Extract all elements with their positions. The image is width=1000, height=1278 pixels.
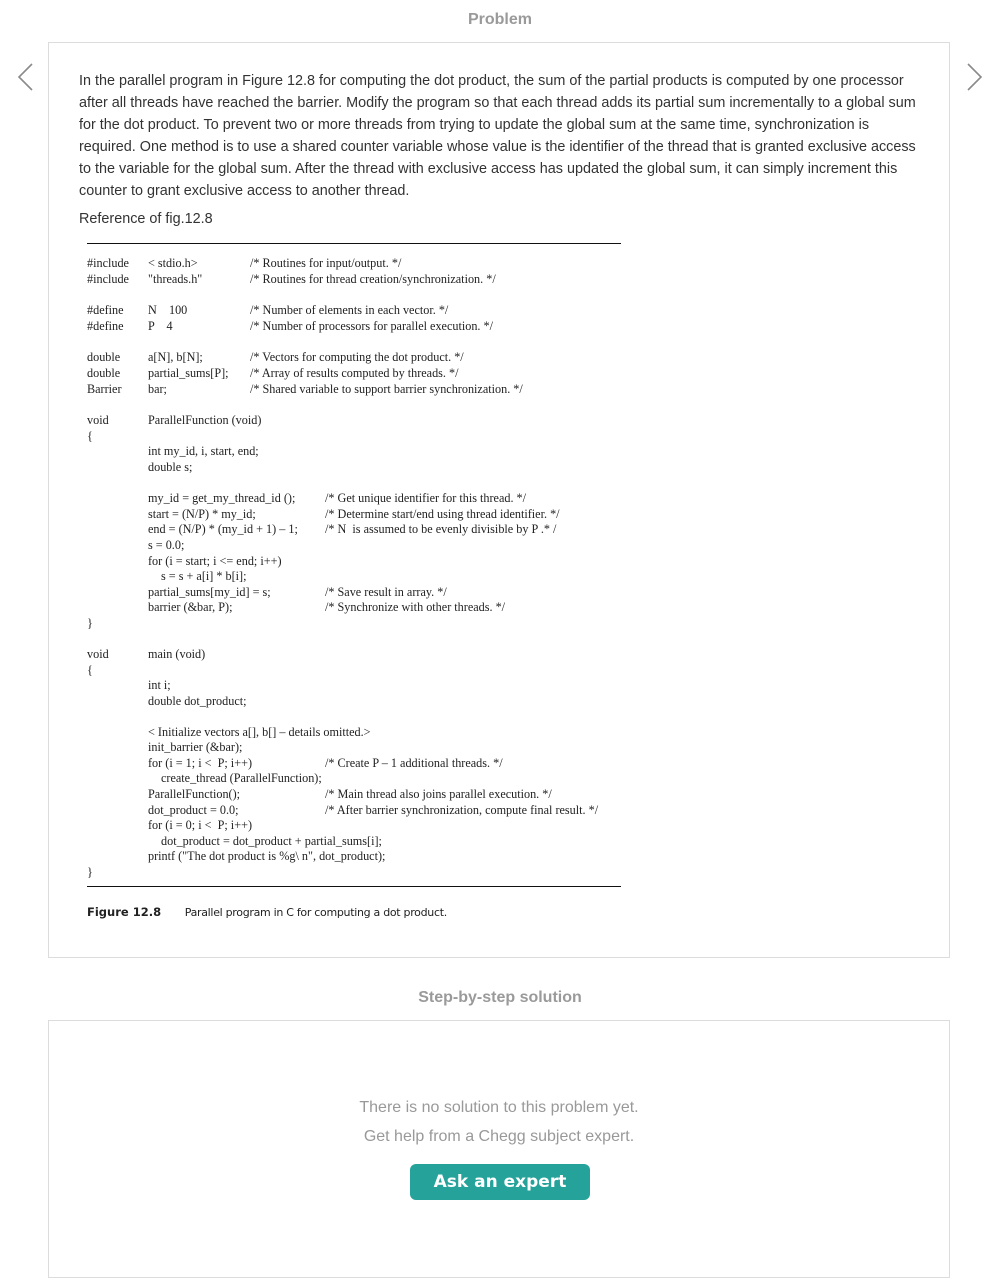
code-keyword: } <box>87 615 93 631</box>
code-statement: init_barrier (&bar); <box>148 739 242 755</box>
code-statement: int i; <box>148 677 171 693</box>
code-statement: P 4 <box>148 318 173 334</box>
code-keyword: double <box>87 349 120 365</box>
figure-caption: Figure 12.8 Parallel program in C for co… <box>87 905 447 919</box>
code-keyword: double <box>87 365 120 381</box>
code-statement: barrier (&bar, P); <box>148 599 232 615</box>
reference-label: Reference of fig.12.8 <box>79 211 213 227</box>
code-keyword: } <box>87 864 93 880</box>
figure-description: Parallel program in C for computing a do… <box>185 906 447 919</box>
code-statement: s = s + a[i] * b[i]; <box>161 568 247 584</box>
code-statement: dot_product = dot_product + partial_sums… <box>161 833 382 849</box>
expert-help-message: Get help from a Chegg subject expert. <box>49 1128 949 1146</box>
problem-card: In the parallel program in Figure 12.8 f… <box>48 42 950 958</box>
code-statement: for (i = start; i <= end; i++) <box>148 553 282 569</box>
code-keyword: { <box>87 428 93 444</box>
solution-card: There is no solution to this problem yet… <box>48 1020 950 1278</box>
code-statement: N 100 <box>148 302 187 318</box>
figure-number: Figure 12.8 <box>87 905 161 919</box>
code-comment: /* After barrier synchronization, comput… <box>325 802 598 818</box>
code-statement: end = (N/P) * (my_id + 1) – 1; <box>148 521 298 537</box>
code-statement: my_id = get_my_thread_id (); <box>148 490 295 506</box>
code-comment: /* Create P – 1 additional threads. */ <box>325 755 503 771</box>
code-statement: int my_id, i, start, end; <box>148 443 259 459</box>
code-statement: main (void) <box>148 646 205 662</box>
code-comment: /* Shared variable to support barrier sy… <box>250 381 523 397</box>
code-statement: for (i = 1; i < P; i++) <box>148 755 252 771</box>
code-statement: a[N], b[N]; <box>148 349 203 365</box>
code-keyword: void <box>87 646 109 662</box>
code-statement: < Initialize vectors a[], b[] – details … <box>148 724 371 740</box>
code-statement: create_thread (ParallelFunction); <box>161 770 322 786</box>
code-comment: /* Get unique identifier for this thread… <box>325 490 526 506</box>
code-keyword: Barrier <box>87 381 122 397</box>
code-keyword: void <box>87 412 109 428</box>
problem-title: Problem <box>0 11 1000 29</box>
code-comment: /* Array of results computed by threads.… <box>250 365 459 381</box>
no-solution-message: There is no solution to this problem yet… <box>49 1099 949 1117</box>
code-statement: < stdio.h> <box>148 255 198 271</box>
code-statement: start = (N/P) * my_id; <box>148 506 256 522</box>
problem-statement: In the parallel program in Figure 12.8 f… <box>79 70 924 202</box>
code-statement: bar; <box>148 381 167 397</box>
code-statement: partial_sums[my_id] = s; <box>148 584 271 600</box>
ask-an-expert-button[interactable]: Ask an expert <box>410 1164 590 1200</box>
code-comment: /* Main thread also joins parallel execu… <box>325 786 552 802</box>
code-statement: printf ("The dot product is %g\ n", dot_… <box>148 848 385 864</box>
code-statement: ParallelFunction (void) <box>148 412 261 428</box>
code-statement: double dot_product; <box>148 693 247 709</box>
previous-problem-button[interactable] <box>14 62 38 92</box>
code-keyword: #define <box>87 318 124 334</box>
code-statement: s = 0.0; <box>148 537 184 553</box>
chevron-left-icon <box>14 62 38 92</box>
code-keyword: { <box>87 662 93 678</box>
figure-bottom-rule <box>87 886 621 887</box>
code-keyword: #include <box>87 255 129 271</box>
next-problem-button[interactable] <box>962 62 986 92</box>
code-comment: /* Routines for thread creation/synchron… <box>250 271 496 287</box>
code-keyword: #include <box>87 271 129 287</box>
code-comment: /* Determine start/end using thread iden… <box>325 506 560 522</box>
code-statement: double s; <box>148 459 192 475</box>
code-comment: /* N is assumed to be evenly divisible b… <box>325 521 556 537</box>
code-comment: /* Vectors for computing the dot product… <box>250 349 464 365</box>
code-comment: /* Synchronize with other threads. */ <box>325 599 505 615</box>
solution-title: Step-by-step solution <box>0 989 1000 1007</box>
code-comment: /* Number of elements in each vector. */ <box>250 302 448 318</box>
code-statement: partial_sums[P]; <box>148 365 229 381</box>
code-comment: /* Routines for input/output. */ <box>250 255 401 271</box>
code-statement: ParallelFunction(); <box>148 786 240 802</box>
code-statement: for (i = 0; i < P; i++) <box>148 817 252 833</box>
code-statement: "threads.h" <box>148 271 202 287</box>
chevron-right-icon <box>962 62 986 92</box>
code-comment: /* Number of processors for parallel exe… <box>250 318 493 334</box>
code-keyword: #define <box>87 302 124 318</box>
code-comment: /* Save result in array. */ <box>325 584 447 600</box>
code-statement: dot_product = 0.0; <box>148 802 238 818</box>
figure-top-rule <box>87 243 621 244</box>
